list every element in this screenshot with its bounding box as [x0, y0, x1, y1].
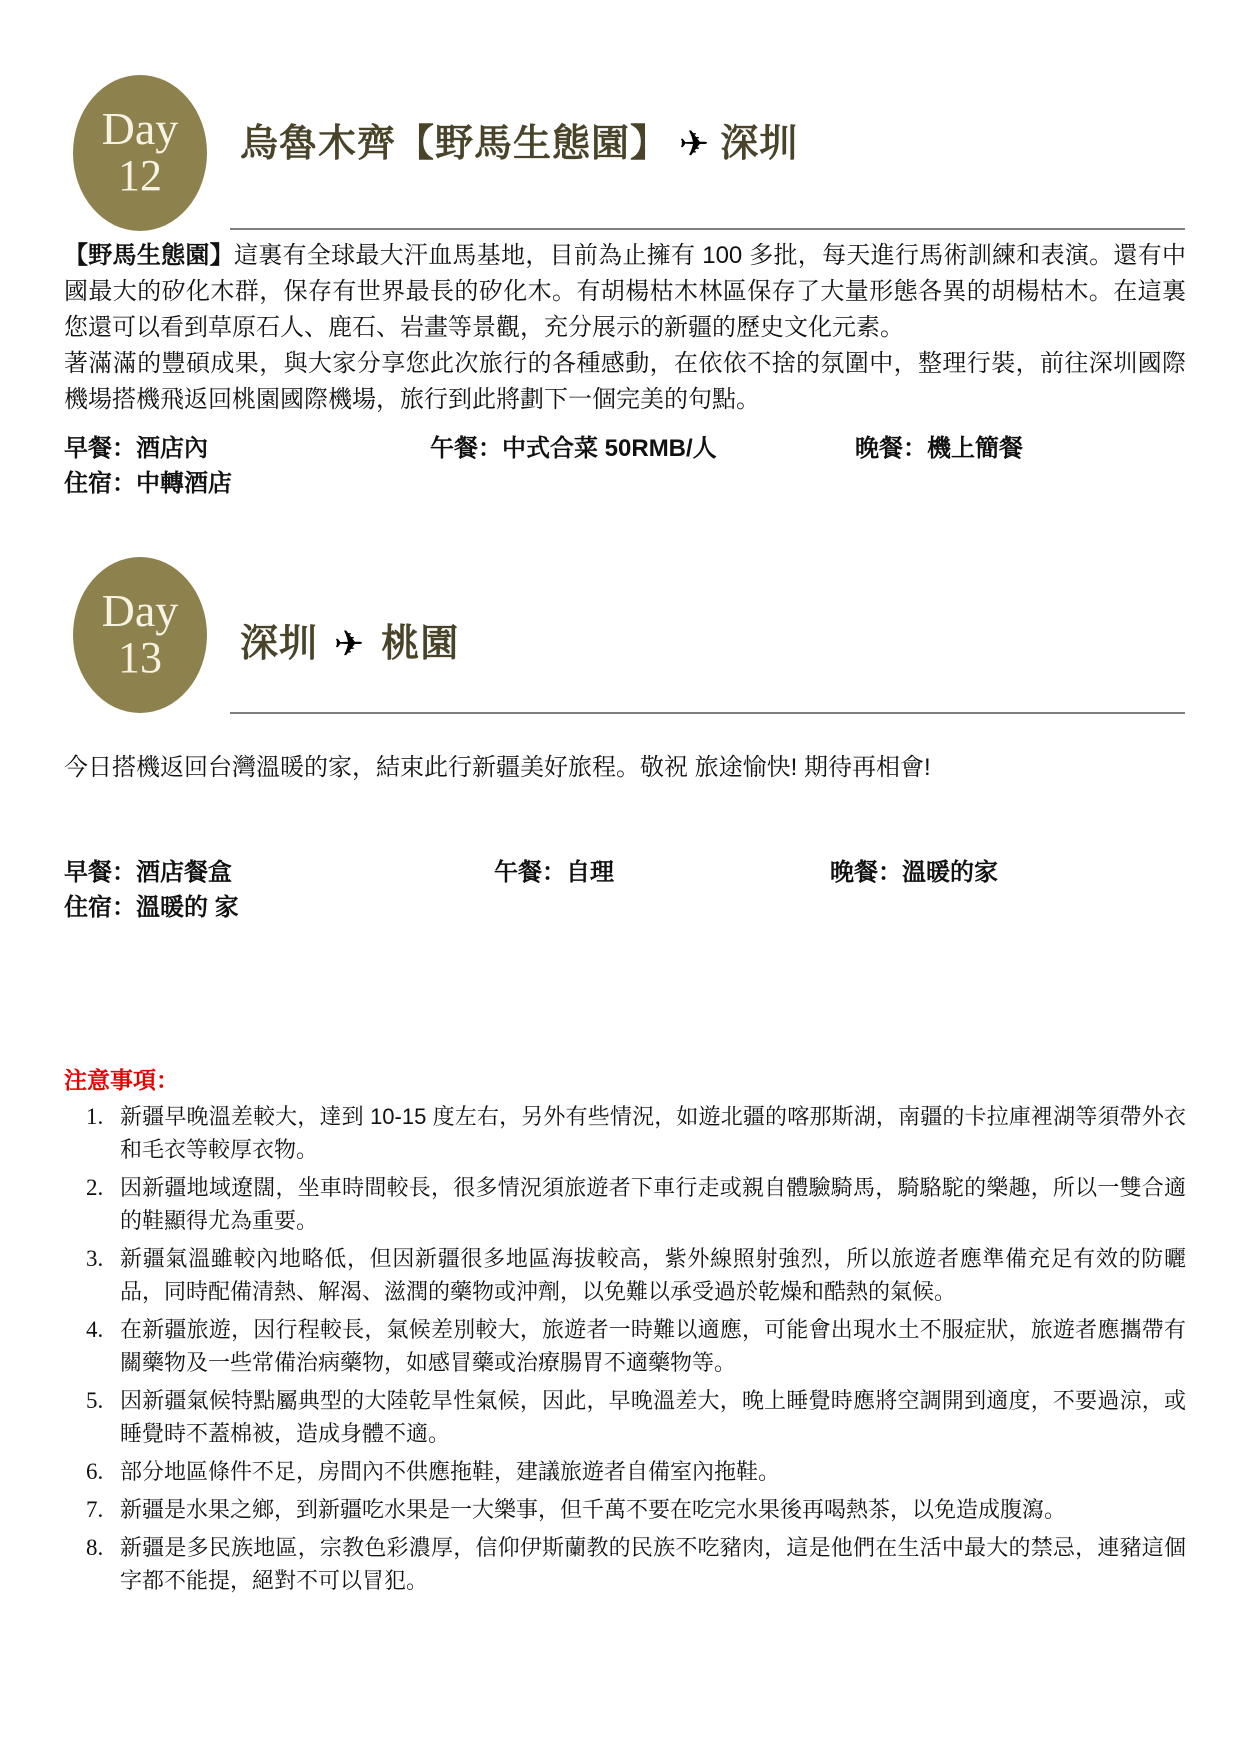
notes-title: 注意事項： [64, 1062, 179, 1095]
note-text: 新疆是水果之鄉，到新疆吃水果是一大樂事，但千萬不要在吃完水果後再喝熱茶，以免造成… [120, 1497, 1066, 1522]
note-item-8: 8.新疆是多民族地區，宗教色彩濃厚，信仰伊斯蘭教的民族不吃豬肉，這是他們在生活中… [64, 1531, 1186, 1597]
note-number: 4. [86, 1313, 103, 1346]
note-number: 3. [86, 1242, 103, 1275]
day-13-meals: 早餐：酒店餐盒 午餐：自理 晚餐：溫暖的家 住宿：溫暖的 家 [64, 852, 1186, 932]
note-item-4: 4.在新疆旅遊，因行程較長，氣候差別較大，旅遊者一時難以適應，可能會出現水土不服… [64, 1313, 1186, 1379]
day-13-badge: Day 13 [73, 557, 207, 713]
itinerary-page: Day 12 烏魯木齊【野馬生態園】✈深圳 【野馬生態園】這裏有全球最大汗血馬基… [0, 0, 1241, 1755]
notes-list: 1.新疆早晚溫差較大，達到 10-15 度左右，另外有些情況，如遊北疆的喀那斯湖… [64, 1100, 1186, 1602]
day-13-description: 今日搭機返回台灣溫暖的家，結束此行新疆美好旅程。敬祝 旅途愉快! 期待再相會! [64, 750, 1186, 786]
day-12-lunch: 午餐：中式合菜 50RMB/人 [430, 428, 717, 463]
day-13-dinner: 晚餐：溫暖的家 [830, 852, 998, 887]
note-item-7: 7.新疆是水果之鄉，到新疆吃水果是一大樂事，但千萬不要在吃完水果後再喝熱茶，以免… [64, 1493, 1186, 1526]
note-number: 5. [86, 1384, 103, 1417]
airplane-icon: ✈ [679, 124, 710, 165]
day-badge-word: Day [102, 588, 179, 634]
note-text: 新疆早晚溫差較大，達到 10-15 度左右，另外有些情況，如遊北疆的喀那斯湖，南… [120, 1104, 1186, 1162]
note-item-5: 5.因新疆氣候特點屬典型的大陸乾旱性氣候，因此，早晚溫差大，晚上睡覺時應將空調開… [64, 1384, 1186, 1450]
note-text: 因新疆地域遼闊，坐車時間較長，很多情況須旅遊者下車行走或親自體驗騎馬，騎駱駝的樂… [120, 1175, 1186, 1233]
day-13-paragraph: 今日搭機返回台灣溫暖的家，結束此行新疆美好旅程。敬祝 旅途愉快! 期待再相會! [64, 750, 1186, 786]
note-item-1: 1.新疆早晚溫差較大，達到 10-15 度左右，另外有些情況，如遊北疆的喀那斯湖… [64, 1100, 1186, 1166]
day-12-badge: Day 12 [73, 75, 207, 231]
note-text: 在新疆旅遊，因行程較長，氣候差別較大，旅遊者一時難以適應，可能會出現水土不服症狀… [120, 1317, 1186, 1375]
day-12-highlight-lead: 【野馬生態園】 [64, 242, 234, 269]
day-12-dinner: 晚餐：機上簡餐 [855, 428, 1023, 463]
day-13-divider [230, 712, 1185, 714]
day-12-divider [230, 228, 1185, 230]
day-12-title-destination: 深圳 [720, 123, 798, 165]
day-13-title: 深圳✈桃園 [240, 612, 459, 667]
day-badge-number: 13 [118, 634, 162, 682]
note-number: 7. [86, 1493, 103, 1526]
day-13-lunch: 午餐：自理 [494, 852, 614, 887]
day-13-title-destination: 桃園 [381, 623, 459, 665]
note-text: 部分地區條件不足，房間內不供應拖鞋，建議旅遊者自備室內拖鞋。 [120, 1459, 780, 1484]
note-number: 2. [86, 1171, 103, 1204]
note-number: 1. [86, 1100, 103, 1133]
day-13-breakfast: 早餐：酒店餐盒 [64, 852, 232, 887]
day-12-breakfast: 早餐：酒店內 [64, 428, 208, 463]
note-number: 6. [86, 1455, 103, 1488]
airplane-icon: ✈ [334, 624, 365, 665]
note-item-6: 6.部分地區條件不足，房間內不供應拖鞋，建議旅遊者自備室內拖鞋。 [64, 1455, 1186, 1488]
note-text: 因新疆氣候特點屬典型的大陸乾旱性氣候，因此，早晚溫差大，晚上睡覺時應將空調開到適… [120, 1388, 1186, 1446]
day-badge-number: 12 [118, 152, 162, 200]
day-13-title-origin: 深圳 [240, 623, 318, 665]
note-number: 8. [86, 1531, 103, 1564]
day-13-lodging: 住宿：溫暖的 家 [64, 887, 239, 922]
day-12-title: 烏魯木齊【野馬生態園】✈深圳 [240, 112, 798, 167]
note-text: 新疆是多民族地區，宗教色彩濃厚，信仰伊斯蘭教的民族不吃豬肉，這是他們在生活中最大… [120, 1535, 1186, 1593]
note-item-3: 3.新疆氣溫雖較內地略低，但因新疆很多地區海拔較高，紫外線照射強烈，所以旅遊者應… [64, 1242, 1186, 1308]
day-12-description: 【野馬生態園】這裏有全球最大汗血馬基地，目前為止擁有 100 多批，每天進行馬術… [64, 238, 1186, 418]
day-12-meals: 早餐：酒店內 午餐：中式合菜 50RMB/人 晚餐：機上簡餐 住宿：中轉酒店 [64, 428, 1186, 508]
day-badge-word: Day [102, 106, 179, 152]
day-12-paragraph-2: 著滿滿的豐碩成果，與大家分享您此次旅行的各種感動，在依依不捨的氛圍中，整理行裝，… [64, 346, 1186, 418]
note-text: 新疆氣溫雖較內地略低，但因新疆很多地區海拔較高，紫外線照射強烈，所以旅遊者應準備… [120, 1246, 1186, 1304]
day-12-paragraph-1: 【野馬生態園】這裏有全球最大汗血馬基地，目前為止擁有 100 多批，每天進行馬術… [64, 238, 1186, 346]
day-12-lodging: 住宿：中轉酒店 [64, 463, 232, 498]
day-12-title-origin: 烏魯木齊【野馬生態園】 [240, 123, 669, 165]
note-item-2: 2.因新疆地域遼闊，坐車時間較長，很多情況須旅遊者下車行走或親自體驗騎馬，騎駱駝… [64, 1171, 1186, 1237]
